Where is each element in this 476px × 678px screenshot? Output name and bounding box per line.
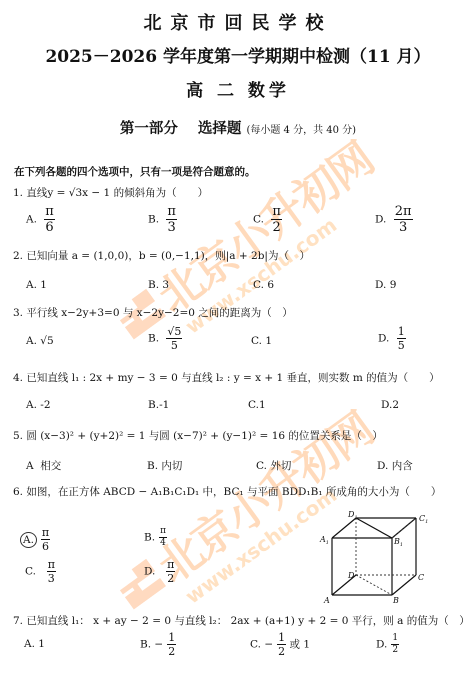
question-7: 7. 已知直线 l₁： x + ay − 2 = 0 与直线 l₂： 2ax +… [13, 613, 470, 628]
option-1d[interactable]: D. 2π3 [375, 205, 413, 234]
option-3c[interactable]: C. 1 [251, 335, 272, 347]
question-stem: 已知直线 l₁ : 2x + my − 3 = 0 与直线 l₂ : y = x… [26, 372, 439, 384]
option-1b[interactable]: B. π3 [148, 205, 177, 234]
section-type: 选择题 [198, 120, 242, 137]
question-3: 3. 平行线 x−2y+3=0 与 x−2y−2=0 之间的距离为（ ） [13, 305, 293, 320]
question-stem: 直线y = √3x − 1 的倾斜角为（ ） [26, 187, 208, 199]
option-2c[interactable]: C. 6 [253, 279, 274, 291]
option-6d[interactable]: D. π2 [144, 559, 175, 584]
fraction: π2 [166, 559, 175, 584]
option-6b[interactable]: B.π4 [144, 527, 167, 548]
option-3d[interactable]: D. 15 [378, 326, 406, 351]
option-5d[interactable]: D. 内含 [377, 458, 413, 473]
question-1: 1. 直线y = √3x − 1 的倾斜角为（ ） [13, 185, 208, 200]
label-c1: C1 [419, 514, 428, 525]
option-3a[interactable]: A. √5 [26, 335, 54, 347]
question-2: 2. 已知向量 a = (1,0,0)，b = (0,−1,1)，则|a + 2… [13, 248, 310, 263]
question-5: 5. 圆 (x−3)² + (y+2)² = 1 与圆 (x−7)² + (y−… [13, 428, 383, 443]
label-b1: B1 [393, 537, 403, 548]
label-a: A [323, 596, 330, 604]
fraction: π6 [44, 205, 55, 234]
answer-circle: A. [20, 532, 37, 548]
option-7b[interactable]: B. −12 [140, 632, 176, 657]
fraction: 2π3 [394, 205, 413, 234]
exam-page: 北京小升初网 www.xschu.com 北京小升初网 www.xschu.co… [0, 0, 476, 678]
fraction: π2 [271, 205, 282, 234]
fraction: 12 [167, 632, 176, 657]
instruction: 在下列各题的四个选项中，只有一项是符合题意的。 [14, 164, 256, 179]
question-stem: 圆 (x−3)² + (y+2)² = 1 与圆 (x−7)² + (y−1)²… [26, 430, 383, 442]
option-3b[interactable]: B. √55 [148, 326, 182, 351]
question-6: 6. 如图，在正方体 ABCD − A₁B₁C₁D₁ 中，BC₁ 与平面 BDD… [13, 484, 441, 499]
section-title: 第一部分 [120, 120, 178, 137]
question-4: 4. 已知直线 l₁ : 2x + my − 3 = 0 与直线 l₂ : y … [13, 370, 440, 385]
label-c: C [418, 573, 424, 582]
option-6a[interactable]: A.π6 [20, 527, 50, 552]
fraction: π3 [47, 559, 56, 584]
cube-figure: D1 C1 A1 B1 D C A B [318, 508, 438, 604]
question-stem: 平行线 x−2y+3=0 与 x−2y−2=0 之间的距离为（ ） [26, 307, 292, 319]
option-6c[interactable]: C. π3 [25, 559, 56, 584]
question-stem: 已知直线 l₁： x + ay − 2 = 0 与直线 l₂： 2ax + (a… [26, 615, 469, 627]
option-4b[interactable]: B.-1 [148, 399, 169, 411]
label-b: B [392, 596, 399, 604]
fraction: 12 [391, 634, 399, 655]
fraction: π3 [166, 205, 177, 234]
option-5b[interactable]: B. 内切 [147, 458, 182, 473]
subject-title: 高 二 数学 [0, 76, 476, 101]
option-1c[interactable]: C. π2 [253, 205, 282, 234]
fraction: 15 [397, 326, 406, 351]
option-2b[interactable]: B. 3 [148, 279, 169, 291]
option-5c[interactable]: C. 外切 [256, 458, 291, 473]
option-7d[interactable]: D.12 [376, 634, 399, 655]
question-stem: 如图，在正方体 ABCD − A₁B₁C₁D₁ 中，BC₁ 与平面 BDD₁B₁… [26, 486, 441, 498]
label-d1: D1 [347, 510, 358, 521]
label-d: D [347, 571, 355, 580]
label-a1: A1 [319, 535, 329, 546]
fraction: π4 [159, 527, 167, 548]
option-7c[interactable]: C. −12 或 1 [250, 632, 310, 657]
fraction: 12 [277, 632, 286, 657]
option-1a[interactable]: A. π6 [26, 205, 55, 234]
exam-title: 2025－2026 学年度第一学期期中检测（11 月） [0, 42, 476, 67]
question-stem: 已知向量 a = (1,0,0)，b = (0,−1,1)，则|a + 2b|为… [26, 250, 310, 262]
option-2d[interactable]: D. 9 [375, 279, 396, 291]
option-4a[interactable]: A. -2 [26, 399, 51, 411]
fraction: √55 [166, 326, 182, 351]
section-heading: 第一部分选择题 (每小题 4 分，共 40 分) [0, 117, 476, 138]
section-note: (每小题 4 分，共 40 分) [246, 125, 356, 136]
option-2a[interactable]: A. 1 [26, 279, 47, 291]
option-7a[interactable]: A. 1 [24, 638, 45, 650]
option-4d[interactable]: D.2 [381, 399, 399, 411]
fraction: π6 [41, 527, 50, 552]
option-5a[interactable]: A 相交 [26, 458, 61, 473]
option-4c[interactable]: C.1 [248, 399, 266, 411]
school-name: 北京市回民学校 [0, 9, 476, 35]
